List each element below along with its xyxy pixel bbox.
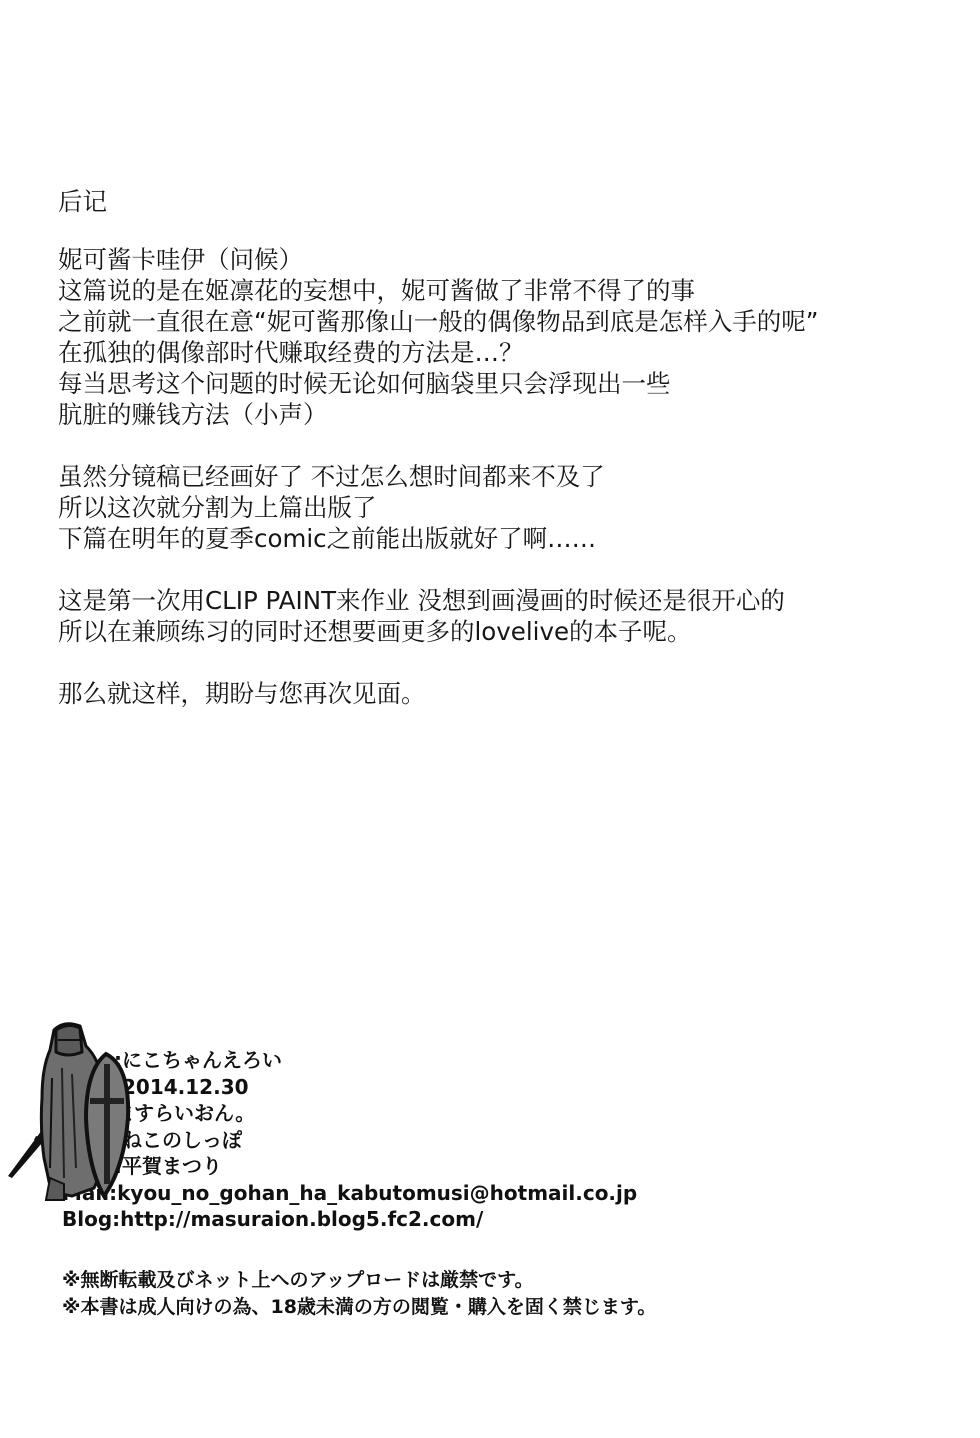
colophon-value: :にこちゃんえろい — [114, 1048, 282, 1072]
notice-no-reprint: ※無断転載及びネット上へのアップロードは厳禁です。 — [62, 1267, 656, 1294]
text-line: 那么就这样，期盼与您再次见面。 — [58, 678, 818, 709]
colophon-printer-row: :ねこのしっぽ — [62, 1127, 637, 1154]
text-line: 虽然分镜稿已经画好了 不过怎么想时间都来不及了 — [58, 461, 818, 492]
colophon-date-row: :2014.12.30 — [62, 1074, 637, 1101]
knight-illustration-icon — [6, 1018, 136, 1203]
text-line: 妮可酱卡哇伊（问候） — [58, 244, 818, 275]
paragraph-tools: 这是第一次用CLIP PAINT来作业 没想到画漫画的时候还是很开心的 所以在兼… — [58, 585, 818, 647]
colophon-circle-row: ますらいおん。 — [62, 1100, 637, 1127]
text-line: 在孤独的偶像部时代赚取经费的方法是…？ — [58, 337, 818, 368]
text-line: 这是第一次用CLIP PAINT来作业 没想到画漫画的时候还是很开心的 — [58, 585, 818, 616]
legal-notices: ※無断転載及びネット上へのアップロードは厳禁です。 ※本書は成人向けの為、18歳… — [62, 1267, 656, 1321]
text-line: 所以在兼顾练习的同时还想要画更多的lovelive的本子呢。 — [58, 616, 818, 647]
text-line: 这篇说的是在姬凛花的妄想中，妮可酱做了非常不得了的事 — [58, 275, 818, 306]
colophon-blog: Blog:http://masuraion.blog5.fc2.com/ — [62, 1206, 637, 1233]
afterword-text: 后记 妮可酱卡哇伊（问候） 这篇说的是在姬凛花的妄想中，妮可酱做了非常不得了的事… — [58, 186, 818, 740]
colophon-title-row: :にこちゃんえろい — [62, 1047, 637, 1074]
paragraph-schedule: 虽然分镜稿已经画好了 不过怎么想时间都来不及了 所以这次就分割为上篇出版了 下篇… — [58, 461, 818, 554]
text-line: 下篇在明年的夏季comic之前能出版就好了啊…… — [58, 523, 818, 554]
colophon-mail: Mail:kyou_no_gohan_ha_kabutomusi@hotmail… — [62, 1180, 637, 1207]
notice-adults-only: ※本書は成人向けの為、18歳未満の方の閲覧・購入を固く禁じます。 — [62, 1294, 656, 1321]
text-line: 之前就一直很在意“妮可酱那像山一般的偶像物品到底是怎样入手的呢” — [58, 306, 818, 337]
text-line: 肮脏的赚钱方法（小声） — [58, 399, 818, 430]
colophon-author-row: :平賀まつり — [62, 1153, 637, 1180]
text-line: 所以这次就分割为上篇出版了 — [58, 492, 818, 523]
text-line: 每当思考这个问题的时候无论如何脑袋里只会浮现出一些 — [58, 368, 818, 399]
paragraph-greeting: 妮可酱卡哇伊（问候） 这篇说的是在姬凛花的妄想中，妮可酱做了非常不得了的事 之前… — [58, 244, 818, 430]
paragraph-closing: 那么就这样，期盼与您再次见面。 — [58, 678, 818, 709]
afterword-page: 后记 妮可酱卡哇伊（问候） 这篇说的是在姬凛花的妄想中，妮可酱做了非常不得了的事… — [0, 0, 980, 1438]
afterword-title: 后记 — [58, 186, 818, 217]
colophon: :にこちゃんえろい :2014.12.30 ますらいおん。 :ねこのしっぽ :平… — [62, 1047, 637, 1233]
